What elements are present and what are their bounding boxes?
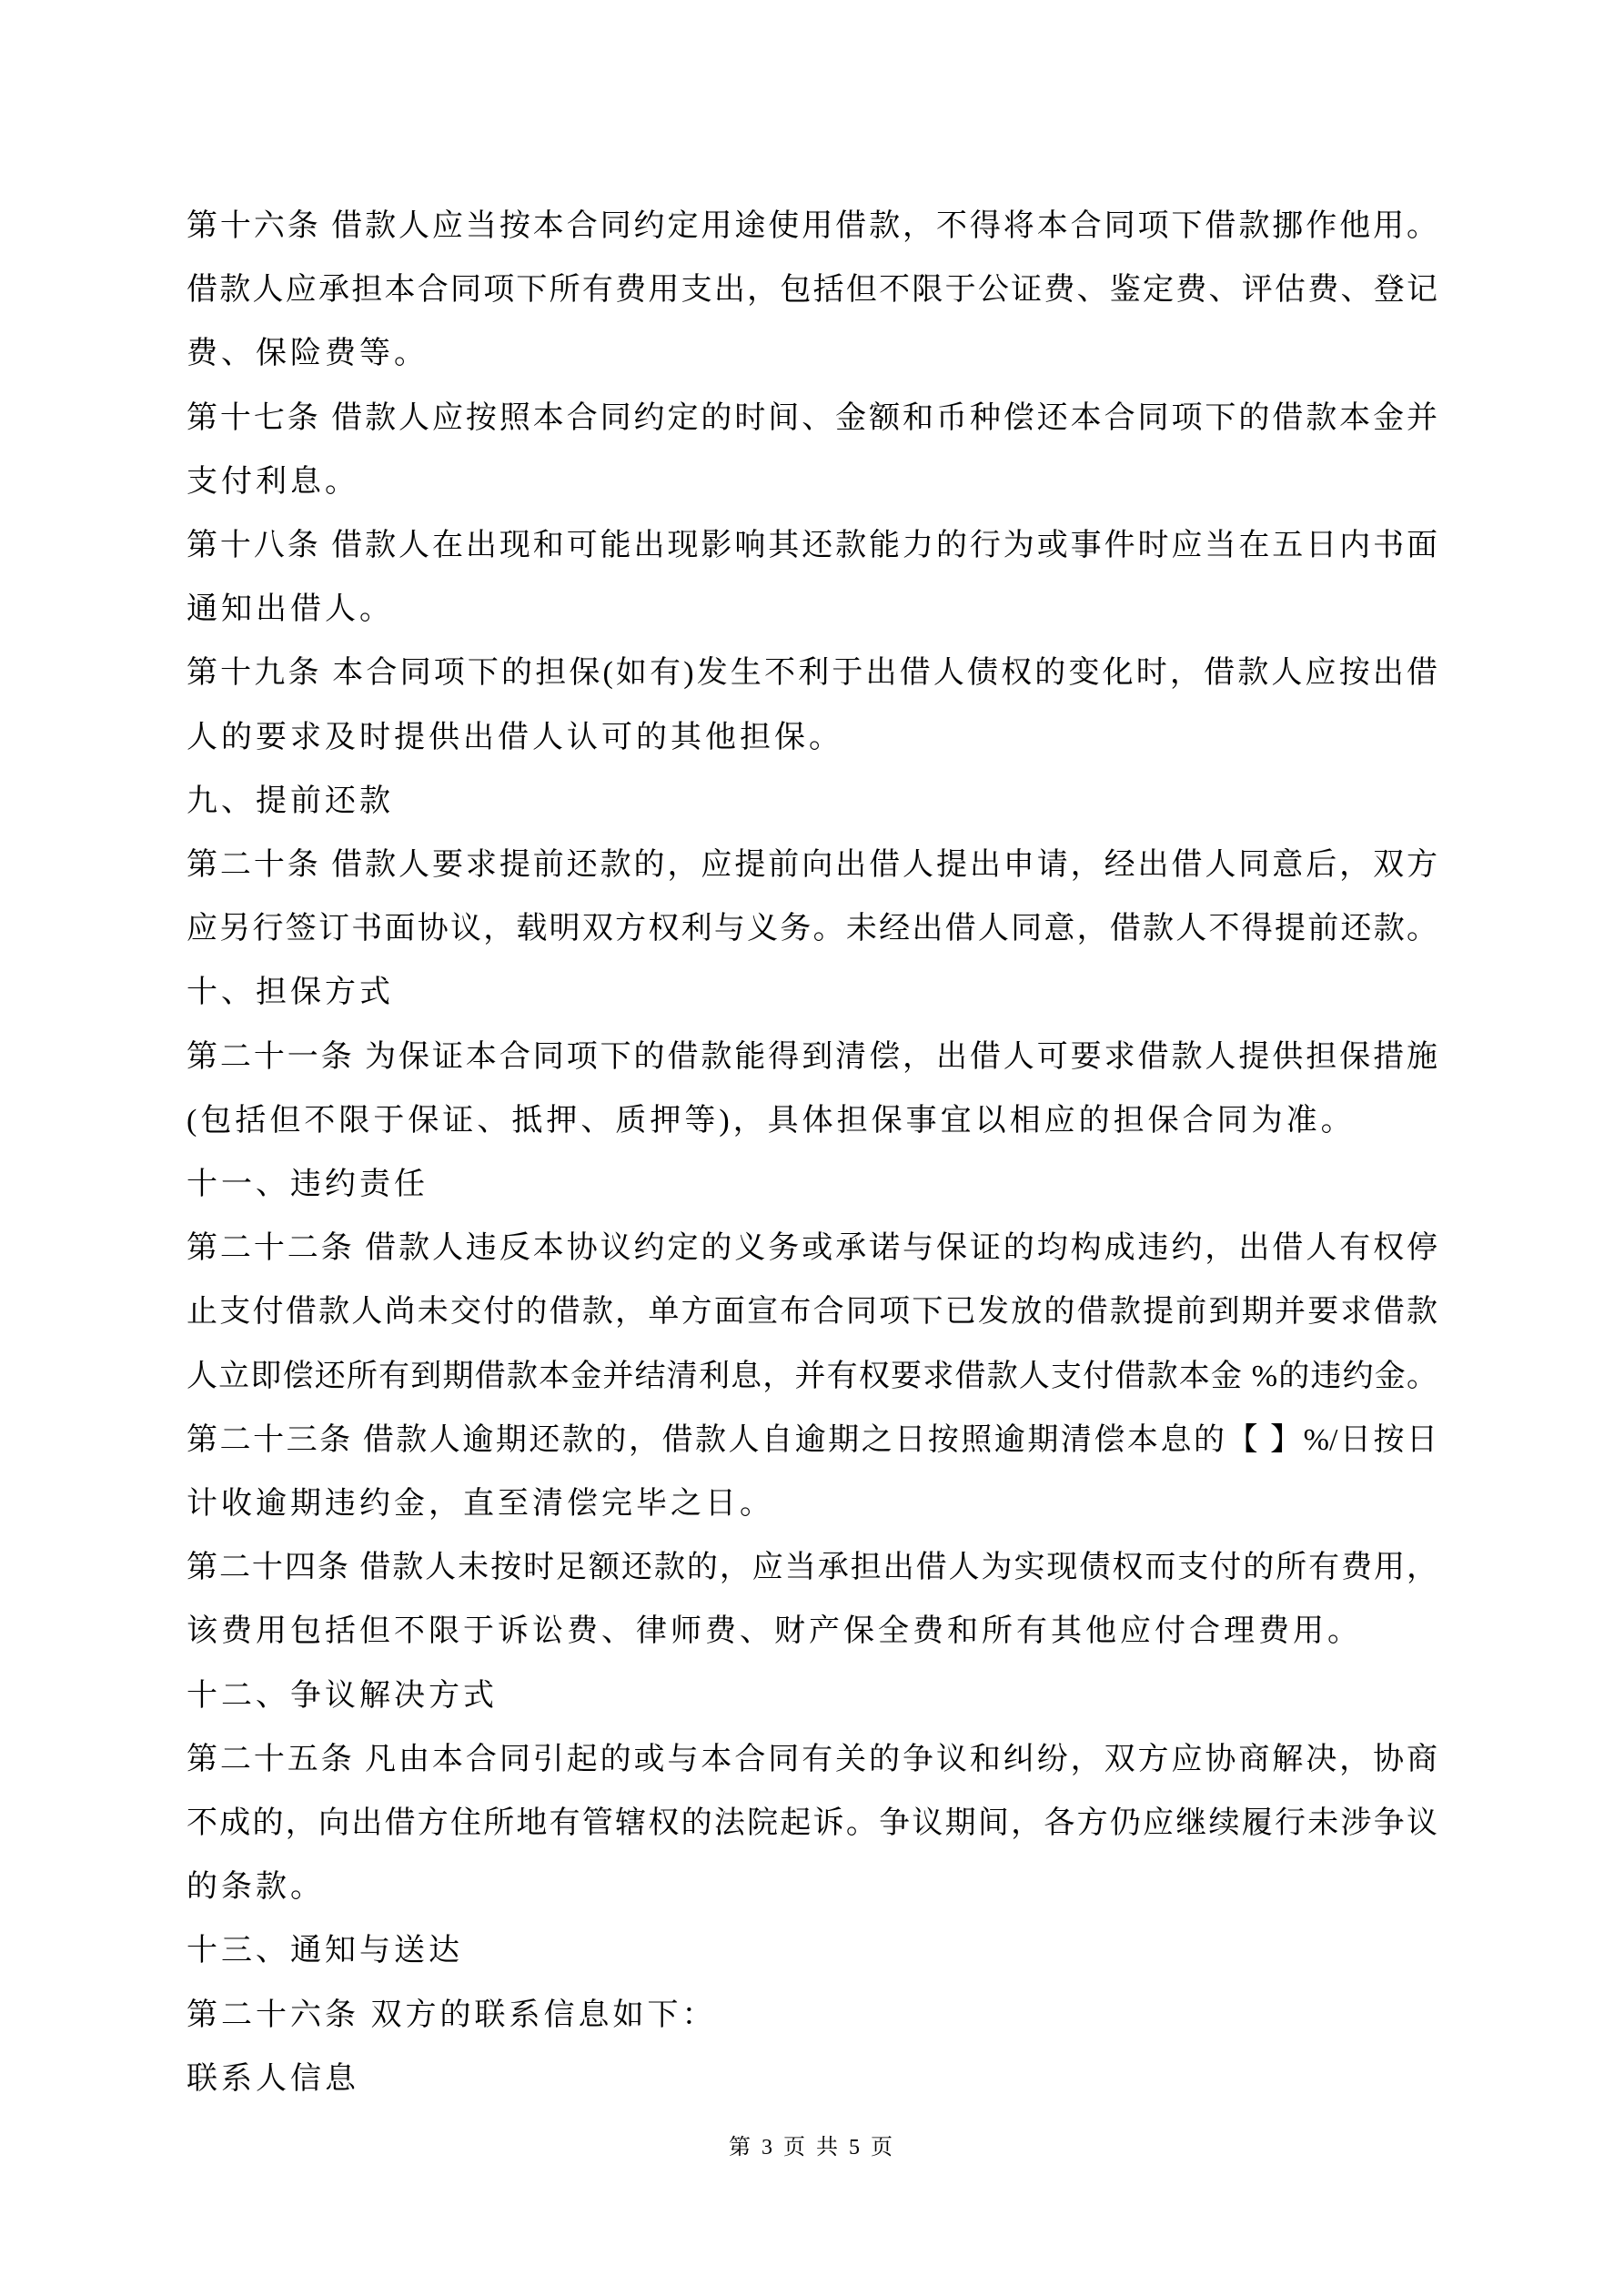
document-line: 费、保险费等。 — [187, 322, 1437, 386]
document-line: 第二十六条 双方的联系信息如下： — [187, 1984, 1437, 2048]
document-line: 人立即偿还所有到期借款本金并结清利息，并有权要求借款人支付借款本金 %的违约金。 — [187, 1345, 1437, 1409]
document-line: 第二十四条 借款人未按时足额还款的，应当承担出借人为实现债权而支付的所有费用， — [187, 1536, 1437, 1600]
document-line: 第二十条 借款人要求提前还款的，应提前向出借人提出申请，经出借人同意后，双方 — [187, 834, 1437, 897]
document-line: 十三、通知与送达 — [187, 1919, 1437, 1983]
document-line: 联系人信息 — [187, 2048, 1437, 2111]
document-line: 第十七条 借款人应按照本合同约定的时间、金额和币种偿还本合同项下的借款本金并 — [187, 387, 1437, 450]
document-line: 十二、争议解决方式 — [187, 1664, 1437, 1728]
document-page: 第十六条 借款人应当按本合同约定用途使用借款，不得将本合同项下借款挪作他用。借款… — [0, 0, 1624, 2296]
document-line: 九、提前还款 — [187, 770, 1437, 834]
document-line: 第十八条 借款人在出现和可能出现影响其还款能力的行为或事件时应当在五日内书面 — [187, 514, 1437, 578]
document-line: 第二十一条 为保证本合同项下的借款能得到清偿，出借人可要求借款人提供担保措施 — [187, 1026, 1437, 1089]
document-line: 止支付借款人尚未交付的借款，单方面宣布合同项下已发放的借款提前到期并要求借款 — [187, 1280, 1437, 1344]
document-line: 的条款。 — [187, 1856, 1437, 1919]
document-line: 第十九条 本合同项下的担保(如有)发生不利于出借人债权的变化时，借款人应按出借 — [187, 642, 1437, 705]
document-line: 第十六条 借款人应当按本合同约定用途使用借款，不得将本合同项下借款挪作他用。 — [187, 195, 1437, 258]
document-line: 人的要求及时提供出借人认可的其他担保。 — [187, 706, 1437, 770]
document-line: 借款人应承担本合同项下所有费用支出，包括但不限于公证费、鉴定费、评估费、登记 — [187, 258, 1437, 322]
document-line: 不成的，向出借方住所地有管辖权的法院起诉。争议期间，各方仍应继续履行未涉争议 — [187, 1792, 1437, 1856]
document-line: 计收逾期违约金，直至清偿完毕之日。 — [187, 1472, 1437, 1536]
document-line: 十一、违约责任 — [187, 1153, 1437, 1217]
document-line: 第二十五条 凡由本合同引起的或与本合同有关的争议和纠纷，双方应协商解决，协商 — [187, 1728, 1437, 1792]
document-line: 十、担保方式 — [187, 961, 1437, 1025]
document-body: 第十六条 借款人应当按本合同约定用途使用借款，不得将本合同项下借款挪作他用。借款… — [187, 195, 1437, 2111]
document-line: 支付利息。 — [187, 450, 1437, 514]
document-line: 该费用包括但不限于诉讼费、律师费、财产保全费和所有其他应付合理费用。 — [187, 1600, 1437, 1664]
document-line: 第二十二条 借款人违反本协议约定的义务或承诺与保证的均构成违约，出借人有权停 — [187, 1217, 1437, 1280]
page-number-footer: 第 3 页 共 5 页 — [0, 2133, 1624, 2162]
document-line: 应另行签订书面协议，载明双方权利与义务。未经出借人同意，借款人不得提前还款。 — [187, 897, 1437, 961]
document-line: (包括但不限于保证、抵押、质押等)，具体担保事宜以相应的担保合同为准。 — [187, 1089, 1437, 1153]
document-line: 通知出借人。 — [187, 578, 1437, 642]
document-line: 第二十三条 借款人逾期还款的，借款人自逾期之日按照逾期清偿本息的【 】%/日按日 — [187, 1409, 1437, 1472]
